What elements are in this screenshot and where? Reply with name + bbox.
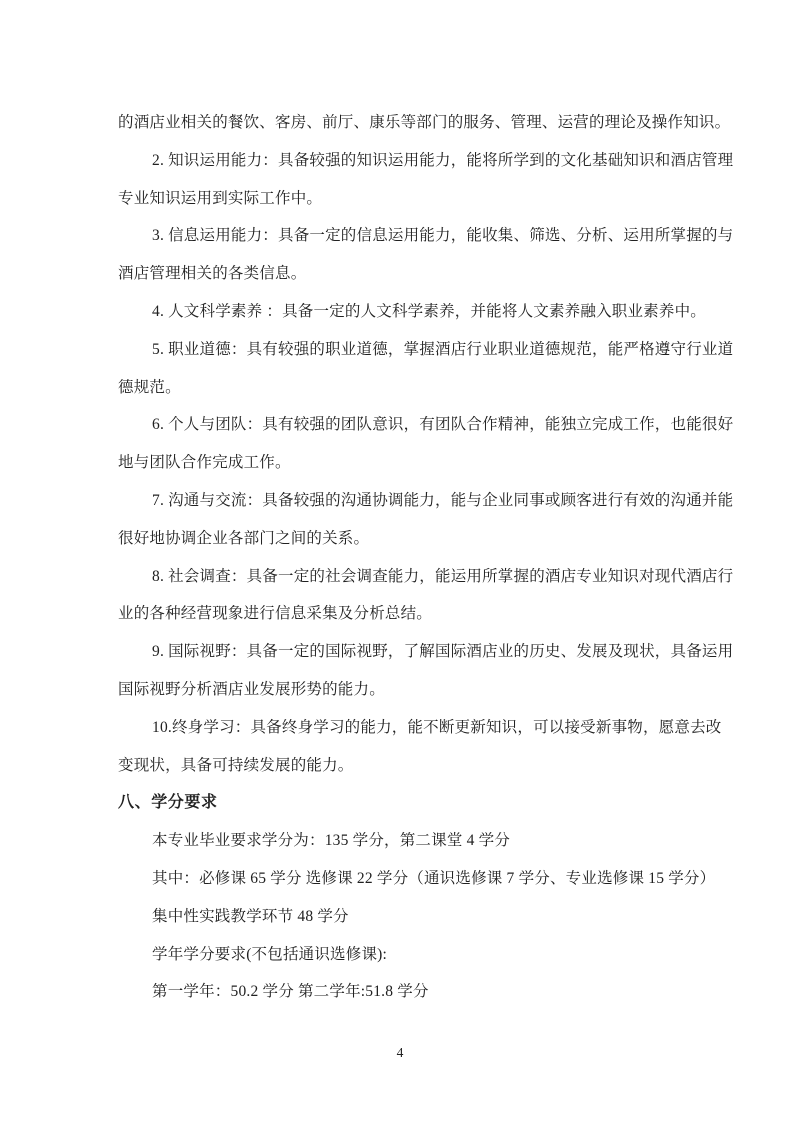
section-heading: 八、学分要求 (118, 784, 684, 822)
text-line: 8. 社会调查：具备一定的社会调查能力，能运用所掌握的酒店专业知识对现代酒店行 (118, 558, 684, 596)
text-line: 集中性实践教学环节 48 学分 (118, 898, 684, 936)
text-line: 变现状，具备可持续发展的能力。 (118, 747, 684, 785)
document-page: 的酒店业相关的餐饮、客房、前厅、康乐等部门的服务、管理、运营的理论及操作知识。2… (0, 0, 800, 1130)
text-line: 国际视野分析酒店业发展形势的能力。 (118, 671, 684, 709)
text-line: 酒店管理相关的各类信息。 (118, 255, 684, 293)
text-line: 很好地协调企业各部门之间的关系。 (118, 520, 684, 558)
text-line: 3. 信息运用能力：具备一定的信息运用能力，能收集、筛选、分析、运用所掌握的与 (118, 217, 684, 255)
text-line: 10.终身学习：具备终身学习的能力，能不断更新知识，可以接受新事物，愿意去改 (118, 709, 684, 747)
text-line: 6. 个人与团队：具有较强的团队意识，有团队合作精神，能独立完成工作，也能很好 (118, 406, 684, 444)
page-number: 4 (0, 1044, 800, 1062)
text-line: 的酒店业相关的餐饮、客房、前厅、康乐等部门的服务、管理、运营的理论及操作知识。 (118, 104, 684, 142)
text-line: 第一学年：50.2 学分 第二学年:51.8 学分 (118, 973, 684, 1011)
text-line: 5. 职业道德：具有较强的职业道德，掌握酒店行业职业道德规范，能严格遵守行业道 (118, 331, 684, 369)
text-line: 2. 知识运用能力：具备较强的知识运用能力，能将所学到的文化基础知识和酒店管理 (118, 142, 684, 180)
text-line: 德规范。 (118, 369, 684, 407)
text-line: 本专业毕业要求学分为：135 学分，第二课堂 4 学分 (118, 822, 684, 860)
text-line: 4. 人文科学素养 ：具备一定的人文科学素养，并能将人文素养融入职业素养中。 (118, 293, 684, 331)
text-line: 其中：必修课 65 学分 选修课 22 学分（通识选修课 7 学分、专业选修课 … (118, 860, 684, 898)
document-body: 的酒店业相关的餐饮、客房、前厅、康乐等部门的服务、管理、运营的理论及操作知识。2… (118, 104, 684, 1011)
text-line: 9. 国际视野：具备一定的国际视野，了解国际酒店业的历史、发展及现状，具备运用 (118, 633, 684, 671)
text-line: 地与团队合作完成工作。 (118, 444, 684, 482)
text-line: 7. 沟通与交流：具备较强的沟通协调能力，能与企业同事或顾客进行有效的沟通并能 (118, 482, 684, 520)
text-line: 专业知识运用到实际工作中。 (118, 180, 684, 218)
text-line: 学年学分要求(不包括通识选修课): (118, 936, 684, 974)
text-line: 业的各种经营现象进行信息采集及分析总结。 (118, 595, 684, 633)
